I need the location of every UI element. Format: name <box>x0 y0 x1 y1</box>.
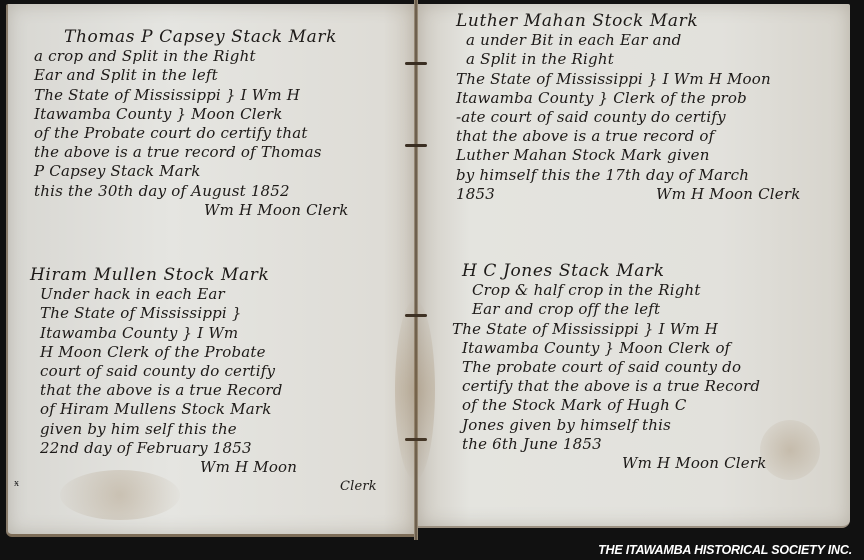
year-signature-row: 1853 Wm H Moon Clerk <box>456 185 801 204</box>
entry-title: Hiram Mullen Stock Mark <box>30 266 377 285</box>
entry-line: of the Probate court do certify that <box>34 124 349 143</box>
watermark-caption: THE ITAWAMBA HISTORICAL SOCIETY INC. <box>598 543 852 557</box>
ledger-entry-mahan: Luther Mahan Stock Mark a under Bit in e… <box>456 12 801 204</box>
entry-line: Itawamba County } Clerk of the prob <box>456 89 801 108</box>
entry-line: Itawamba County } I Wm <box>30 324 377 343</box>
entry-line: a under Bit in each Ear and <box>456 31 801 50</box>
clerk-signature: Wm H Moon Clerk <box>34 201 349 220</box>
entry-line: P Capsey Stack Mark <box>34 162 349 181</box>
binding-stitch <box>405 62 427 65</box>
entry-year: 1853 <box>456 185 656 204</box>
entry-line: -ate court of said county do certify <box>456 108 801 127</box>
binding-stitch <box>405 144 427 147</box>
age-stain <box>395 300 435 480</box>
entry-line: Itawamba County } Moon Clerk <box>34 105 349 124</box>
entry-line: Jones given by himself this <box>452 416 767 435</box>
entry-title: H C Jones Stack Mark <box>452 262 767 281</box>
entry-line: H Moon Clerk of the Probate <box>30 343 377 362</box>
clerk-title: Clerk <box>30 477 377 496</box>
ledger-entry-capsey: Thomas P Capsey Stack Mark a crop and Sp… <box>34 28 349 220</box>
entry-line: certify that the above is a true Record <box>452 377 767 396</box>
entry-line: Crop & half crop in the Right <box>452 281 767 300</box>
entry-line: a Split in the Right <box>456 50 801 69</box>
entry-line: the above is a true record of Thomas <box>34 143 349 162</box>
entry-line: Under hack in each Ear <box>30 285 377 304</box>
age-stain <box>760 420 820 480</box>
entry-line: this the 30th day of August 1852 <box>34 182 349 201</box>
entry-line: Ear and Split in the left <box>34 66 349 85</box>
clerk-signature: Wm H Moon Clerk <box>452 454 767 473</box>
entry-title: Thomas P Capsey Stack Mark <box>34 28 349 47</box>
entry-line: the 6th June 1853 <box>452 435 767 454</box>
ledger-entry-mullen: Hiram Mullen Stock Mark Under hack in ea… <box>30 266 377 496</box>
entry-line: Luther Mahan Stock Mark given <box>456 146 801 165</box>
ledger-photo: Thomas P Capsey Stack Mark a crop and Sp… <box>0 0 864 560</box>
entry-line: by himself this the 17th day of March <box>456 166 801 185</box>
entry-line: The State of Mississippi } I Wm H Moon <box>456 70 801 89</box>
entry-line: 22nd day of February 1853 <box>30 439 377 458</box>
entry-line: of Hiram Mullens Stock Mark <box>30 400 377 419</box>
clerk-signature: Wm H Moon <box>30 458 377 477</box>
entry-line: of the Stock Mark of Hugh C <box>452 396 767 415</box>
entry-line: given by him self this the <box>30 420 377 439</box>
entry-line: Ear and crop off the left <box>452 300 767 319</box>
entry-line: The State of Mississippi } <box>30 304 377 323</box>
entry-line: that the above is a true Record <box>30 381 377 400</box>
entry-line: The probate court of said county do <box>452 358 767 377</box>
entry-line: a crop and Split in the Right <box>34 47 349 66</box>
ledger-entry-jones: H C Jones Stack Mark Crop & half crop in… <box>452 262 767 473</box>
entry-title: Luther Mahan Stock Mark <box>456 12 801 31</box>
margin-mark: ӿ <box>14 478 19 489</box>
entry-line: that the above is a true record of <box>456 127 801 146</box>
entry-line: Itawamba County } Moon Clerk of <box>452 339 767 358</box>
clerk-signature: Wm H Moon Clerk <box>656 185 801 204</box>
entry-line: The State of Mississippi } I Wm H <box>34 86 349 105</box>
entry-line: The State of Mississippi } I Wm H <box>452 320 767 339</box>
entry-line: court of said county do certify <box>30 362 377 381</box>
